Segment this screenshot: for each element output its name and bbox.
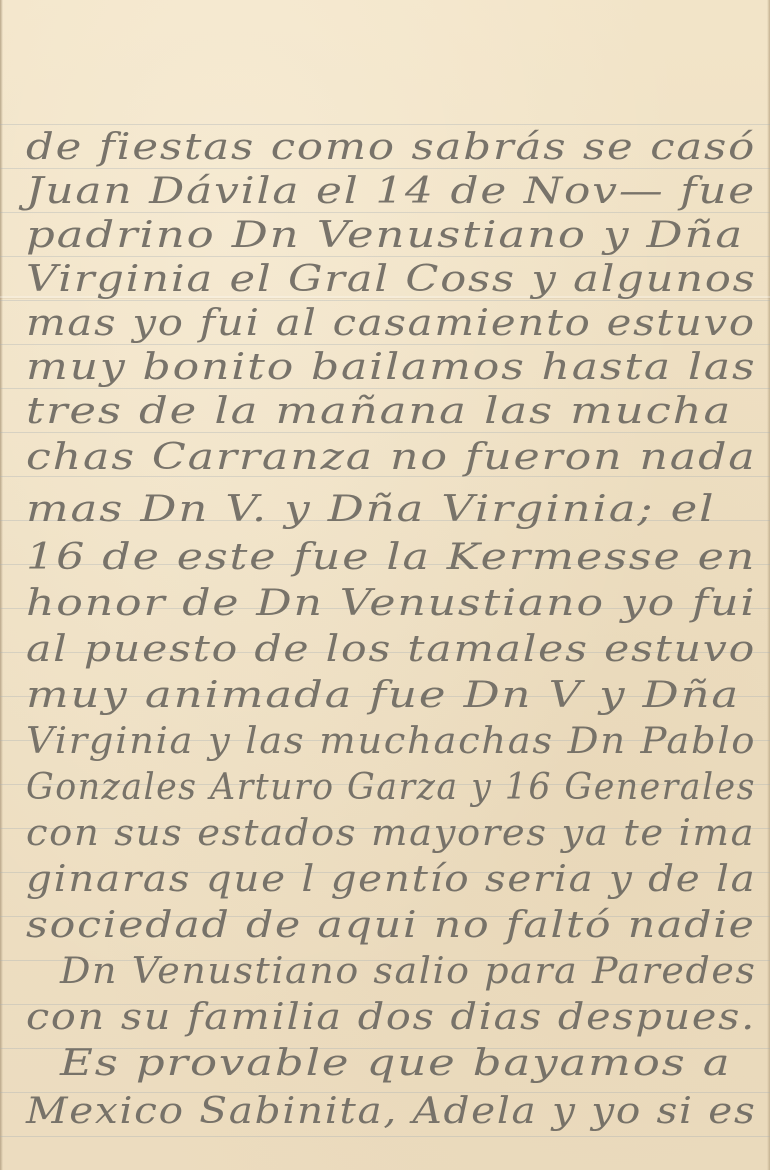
handwritten-line: mas yo fui al casamiento estuvo	[26, 306, 756, 342]
handwritten-line: ginaras que l gentío seria y de la	[26, 862, 756, 898]
handwritten-line: Dn Venustiano salio para Paredes	[60, 954, 757, 990]
letter-page: de fiestas como sabrás se casó Juan Dávi…	[0, 0, 770, 1170]
ruled-line	[0, 124, 770, 125]
handwritten-line: muy animada fue Dn V y Dña	[26, 678, 740, 714]
handwritten-line: de fiestas como sabrás se casó	[26, 130, 756, 166]
handwritten-line: al puesto de los tamales estuvo	[26, 632, 756, 668]
ruled-line	[0, 1136, 770, 1137]
handwritten-line: tres de la mañana las mucha	[26, 394, 732, 430]
ruled-line	[0, 388, 770, 389]
ruled-line	[0, 168, 770, 169]
handwritten-line: Es provable que bayamos a	[60, 1046, 732, 1082]
handwritten-line: Juan Dávila el 14 de Nov— fue	[26, 174, 756, 210]
handwritten-line: Mexico Sabinita, Adela y yo si es	[26, 1094, 757, 1130]
ruled-line	[0, 344, 770, 345]
handwritten-line: muy bonito bailamos hasta las	[26, 350, 756, 386]
ruled-line	[0, 212, 770, 213]
handwritten-line: Virginia el Gral Coss y algunos	[26, 262, 757, 298]
ruled-line	[0, 432, 770, 433]
handwritten-line: sociedad de aqui no faltó nadie	[26, 908, 756, 944]
handwritten-line: con su familia dos dias despues.	[26, 1000, 756, 1036]
handwritten-line: Virginia y las muchachas Dn Pablo	[26, 724, 756, 760]
handwritten-line: padrino Dn Venustiano y Dña	[26, 218, 744, 254]
paper-left-edge	[0, 0, 3, 1170]
handwritten-line: Gonzales Arturo Garza y 16 Generales	[26, 770, 756, 806]
handwritten-line: honor de Dn Venustiano yo fui	[26, 586, 756, 622]
ruled-line	[0, 300, 770, 301]
handwritten-line: mas Dn V. y Dña Virginia; el	[26, 492, 715, 528]
handwritten-line: 16 de este fue la Kermesse en	[26, 540, 756, 576]
handwritten-line: con sus estados mayores ya te ima	[26, 816, 755, 852]
ruled-line	[0, 256, 770, 257]
handwritten-line: chas Carranza no fueron nada	[26, 440, 757, 476]
